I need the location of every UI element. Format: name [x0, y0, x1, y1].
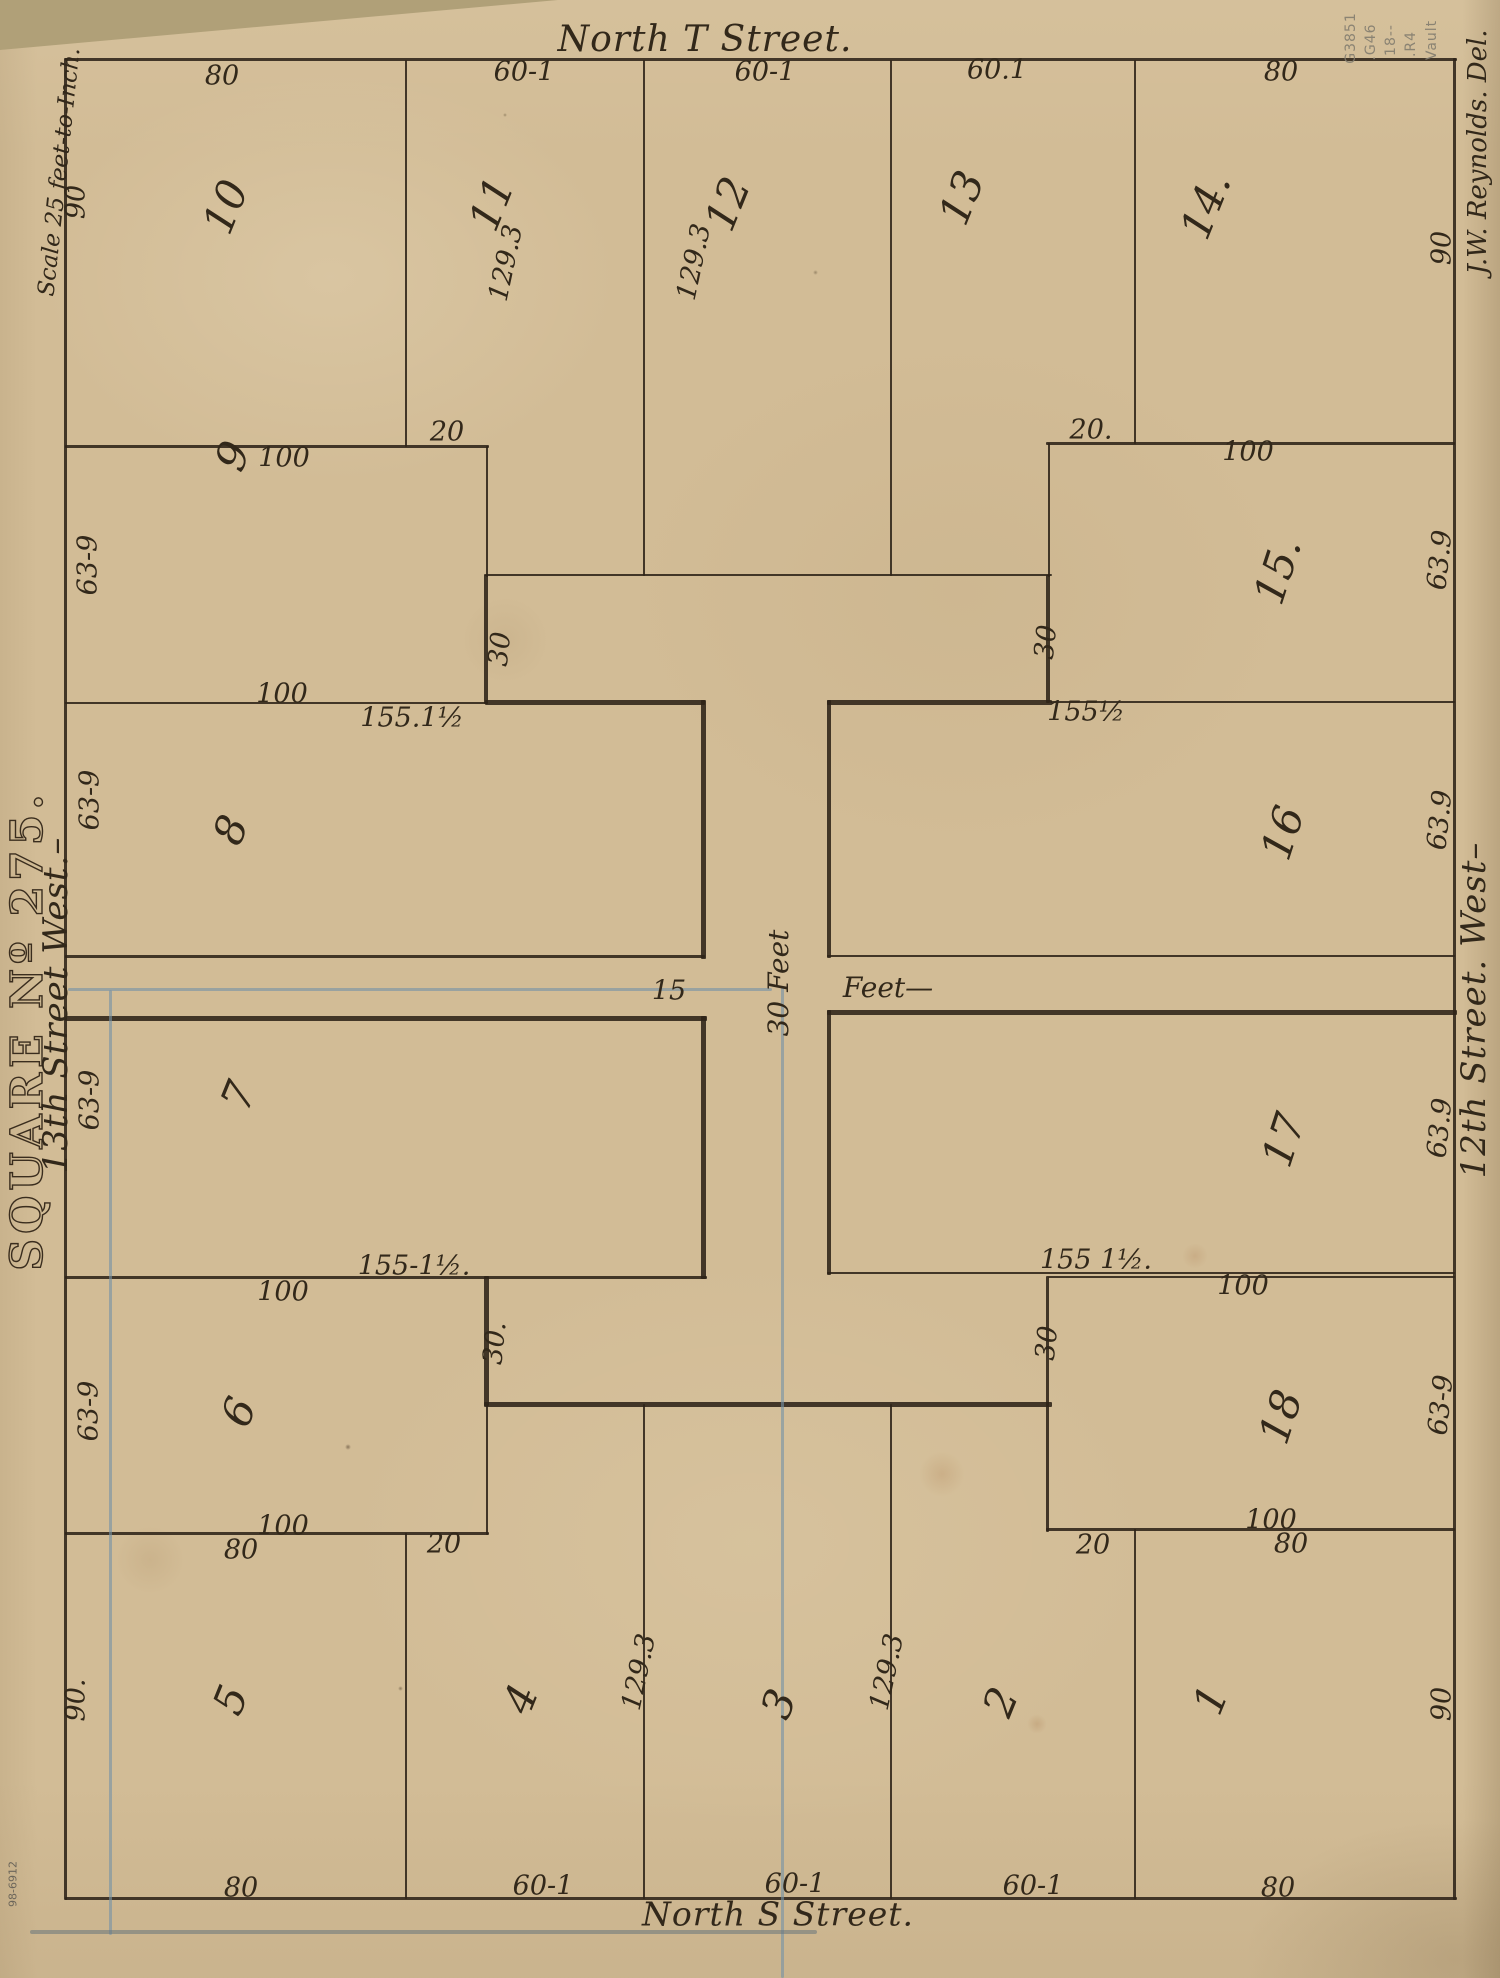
boundary-line — [827, 1010, 1457, 1015]
street-name-label: 12th Street. West– — [1457, 842, 1491, 1179]
dimension-label: 63-9 — [77, 1070, 104, 1131]
street-name-label: 13th Street West.– — [39, 837, 73, 1174]
dimension-label: 63.9 — [1423, 1097, 1456, 1160]
paper-stain — [919, 1451, 965, 1497]
lot-number-label: 2 — [977, 1682, 1026, 1723]
catalog-stamp-line: 18-- — [1384, 24, 1398, 56]
dimension-label: 100 — [258, 445, 310, 472]
boundary-line — [827, 700, 831, 958]
dimension-label: 20. — [1070, 417, 1113, 444]
pencil-line — [109, 990, 112, 1935]
dimension-label: 129.3 — [618, 1631, 660, 1712]
boundary-line — [1134, 60, 1136, 444]
dimension-label: 30 — [485, 631, 515, 668]
boundary-line — [701, 700, 706, 959]
lot-number-label: 3 — [755, 1684, 804, 1725]
dimension-label: 100 — [256, 681, 308, 708]
boundary-line — [405, 60, 407, 447]
pencil-line — [781, 987, 784, 1978]
lot-number-label: 7 — [215, 1076, 264, 1117]
dimension-label: 90 — [1429, 231, 1456, 265]
boundary-line — [827, 955, 1455, 957]
lot-number-label: 15. — [1248, 533, 1309, 610]
dimension-label: 60-1 — [513, 1873, 574, 1900]
boundary-line — [484, 574, 1052, 576]
dimension-label: 155-1½. — [358, 1253, 471, 1280]
dimension-label: 129.3 — [673, 221, 715, 302]
dimension-label: 80 — [1264, 59, 1298, 86]
catalog-stamp-line: Vault — [1425, 20, 1439, 60]
dimension-label: 20 — [427, 1531, 461, 1558]
drafter-credit: J.W. Reynolds. Del. — [1465, 29, 1491, 274]
lot-number-label: 9 — [209, 436, 258, 477]
lot-number-label: 1 — [1187, 1680, 1236, 1721]
boundary-line — [890, 60, 892, 576]
negative-number: 98-6912 — [8, 1861, 19, 1907]
dimension-label: 15 — [652, 978, 686, 1005]
dimension-label: 63.9 — [1423, 789, 1456, 852]
paper-stain — [115, 1525, 185, 1595]
dimension-label: 30 — [1032, 1325, 1062, 1362]
dimension-label: 155 1½. — [1040, 1247, 1152, 1274]
lot-number-label: 5 — [207, 1680, 256, 1721]
catalog-stamp-line: .R4 — [1404, 31, 1418, 57]
dimension-label: 80 — [205, 63, 239, 90]
plat-sheet: North T Street.North S Street.SQUARE Nº … — [0, 0, 1500, 1978]
dimension-label: 60-1 — [765, 1871, 826, 1898]
dimension-label: 30 — [1031, 624, 1061, 661]
paper-stain — [398, 1686, 403, 1691]
dimension-label: 90 — [1429, 1687, 1456, 1721]
boundary-line — [701, 1016, 706, 1279]
dimension-label: 63-9 — [76, 1381, 103, 1442]
dimension-label: 60.1 — [967, 57, 1027, 84]
boundary-line — [405, 1533, 407, 1899]
boundary-line — [1046, 1276, 1049, 1532]
dimension-label: 80 — [224, 1875, 258, 1902]
dimension-label: 100 — [1222, 439, 1274, 466]
lot-number-label: 4 — [497, 1679, 546, 1720]
boundary-line — [486, 1404, 488, 1535]
catalog-stamp-line: .G46 — [1364, 23, 1378, 60]
dimension-label: 20 — [1076, 1532, 1110, 1559]
paper-stain — [503, 113, 507, 117]
paper-stain — [1182, 1243, 1208, 1269]
lot-number-label: 16 — [1255, 801, 1311, 865]
dimension-label: 60-1 — [494, 59, 555, 86]
boundary-line — [485, 700, 705, 705]
dimension-label: 80 — [224, 1537, 258, 1564]
boundary-line — [643, 60, 645, 576]
boundary-line — [827, 1010, 831, 1275]
dimension-label: 100 — [257, 1279, 309, 1306]
lot-number-label: 8 — [207, 810, 256, 851]
street-name-label: North T Street. — [558, 22, 853, 58]
boundary-line — [65, 1016, 707, 1021]
dimension-label: 80 — [1274, 1531, 1308, 1558]
lot-number-label: 10 — [197, 174, 256, 239]
boundary-line — [486, 446, 488, 577]
dimension-label: 20 — [430, 419, 464, 446]
plat-map-canvas: North T Street.North S Street.SQUARE Nº … — [0, 0, 1500, 1978]
alley-dimension-label: 30 Feet — [765, 930, 793, 1037]
boundary-line — [827, 700, 1052, 705]
dimension-label: 155.1½ — [360, 705, 463, 732]
dimension-label: 90. — [63, 1679, 90, 1722]
scale-note: Scale 25 feet-to-Inch. — [36, 47, 85, 298]
dimension-label: 129.3 — [866, 1631, 908, 1712]
dimension-label: 129.3 — [485, 222, 527, 303]
dimension-label: 100 — [257, 1513, 309, 1540]
dimension-label: 155½ — [1047, 699, 1125, 726]
paper-stain — [345, 1444, 351, 1450]
dimension-label: 63.9 — [1423, 529, 1456, 592]
boundary-line — [484, 1402, 1052, 1407]
dimension-label: 100 — [1217, 1273, 1269, 1300]
dimension-label: 63-9 — [75, 535, 102, 596]
paper-stain — [1027, 1714, 1047, 1734]
catalog-stamp-line: G3851 — [1344, 12, 1358, 63]
dimension-label: 63-9 — [1424, 1373, 1457, 1436]
dimension-label: 80 — [1261, 1875, 1295, 1902]
lot-number-label: 14. — [1174, 167, 1238, 245]
alley-dimension-label: Feet— — [843, 974, 933, 1002]
lot-number-label: 6 — [215, 1392, 264, 1433]
lot-number-label: 18 — [1253, 1385, 1309, 1449]
dimension-label: 90 — [63, 185, 90, 219]
dimension-label: 60-1 — [735, 59, 796, 86]
dimension-label: 30. — [479, 1320, 510, 1366]
dimension-label: 60-1 — [1003, 1873, 1064, 1900]
street-name-label: North S Street. — [642, 1898, 914, 1931]
boundary-line — [1134, 1529, 1136, 1899]
boundary-line — [65, 955, 705, 958]
boundary-line — [1048, 443, 1050, 577]
paper-stain — [813, 270, 818, 275]
dimension-label: 63-9 — [77, 770, 104, 831]
lot-number-label: 13 — [933, 165, 992, 230]
lot-number-label: 17 — [1256, 1108, 1312, 1172]
